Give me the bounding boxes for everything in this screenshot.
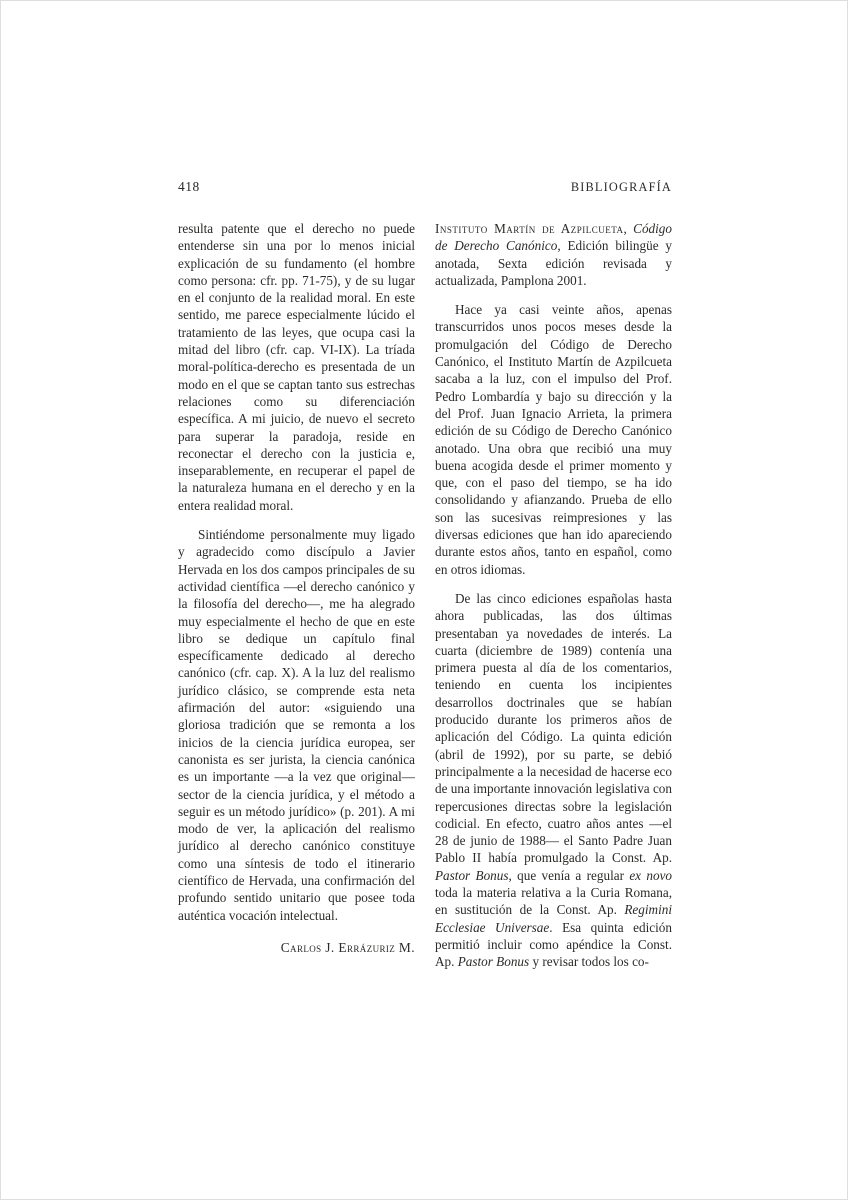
two-column-layout: resulta patente que el derecho no puede … (178, 220, 672, 982)
left-column: resulta patente que el derecho no puede … (178, 220, 415, 982)
paragraph: De las cinco ediciones españolas hasta a… (435, 590, 672, 971)
page-number: 418 (178, 179, 200, 195)
running-header: 418 BIBLIOGRAFÍA (178, 179, 672, 195)
right-column: Instituto Martín de Azpilcueta, Código d… (435, 220, 672, 982)
scanned-book-page: 418 BIBLIOGRAFÍA resulta patente que el … (0, 0, 848, 1200)
paragraph: resulta patente que el derecho no puede … (178, 220, 415, 514)
author-signature: Carlos J. Errázuriz M. (178, 939, 415, 956)
running-title: BIBLIOGRAFÍA (571, 180, 672, 195)
paragraph: Sintiéndome personalmente muy ligado y a… (178, 526, 415, 924)
author-name: Carlos J. Errázuriz M. (281, 940, 415, 955)
text-block: 418 BIBLIOGRAFÍA resulta patente que el … (178, 179, 672, 982)
bibliography-entry-heading: Instituto Martín de Azpilcueta, Código d… (435, 220, 672, 289)
paragraph: Hace ya casi veinte años, apenas transcu… (435, 301, 672, 578)
